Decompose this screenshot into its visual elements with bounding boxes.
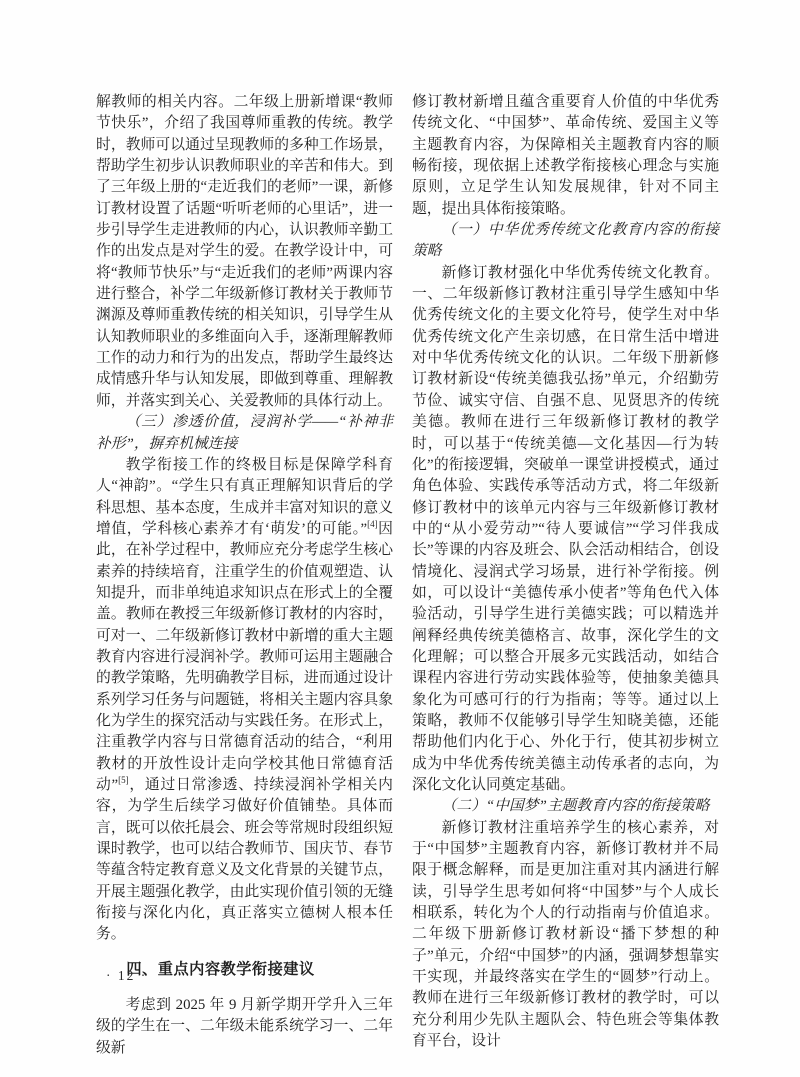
paragraph: 新修订教材注重培养学生的核心素养，对于“中国梦”主题教育内容，新修订教材并不局限… [412, 818, 719, 1053]
paragraph: 修订教材新增且蕴含重要育人价值的中华优秀传统文化、“中国梦”、革命传统、爱国主义… [412, 92, 719, 220]
section-heading: （三）渗透价值，浸润补学——“补神非补形”，摒弃机械连接 [96, 412, 393, 455]
paragraph: 考虑到 2025 年 9 月新学期开学升入三年级的学生在一、二年级未能系统学习一… [96, 995, 393, 1059]
page-number: · 12 · [106, 968, 147, 984]
document-page: 解教师的相关内容。二年级上册新增课“教师节快乐”，介绍了我国尊师重教的传统。教学… [0, 0, 800, 1077]
footnote-reference: [4] [367, 519, 378, 529]
footnote-reference: [5] [118, 775, 129, 785]
paragraph: 教学衔接工作的终极目标是保障学科育人“神韵”。“学生只有真正理解知识背后的学科思… [96, 455, 393, 946]
paragraph: 解教师的相关内容。二年级上册新增课“教师节快乐”，介绍了我国尊师重教的传统。教学… [96, 92, 393, 412]
left-text-column: 解教师的相关内容。二年级上册新增课“教师节快乐”，介绍了我国尊师重教的传统。教学… [96, 92, 393, 1059]
section-heading: （二）“中国梦”主题教育内容的衔接策略 [412, 796, 719, 817]
right-text-column: 修订教材新增且蕴含重要育人价值的中华优秀传统文化、“中国梦”、革命传统、爱国主义… [412, 92, 719, 1052]
section-heading: （一）中华优秀传统文化教育内容的衔接策略 [412, 220, 719, 263]
paragraph: 新修订教材强化中华优秀传统文化教育。一、二年级新修订教材注重引导学生感知中华优秀… [412, 263, 719, 797]
